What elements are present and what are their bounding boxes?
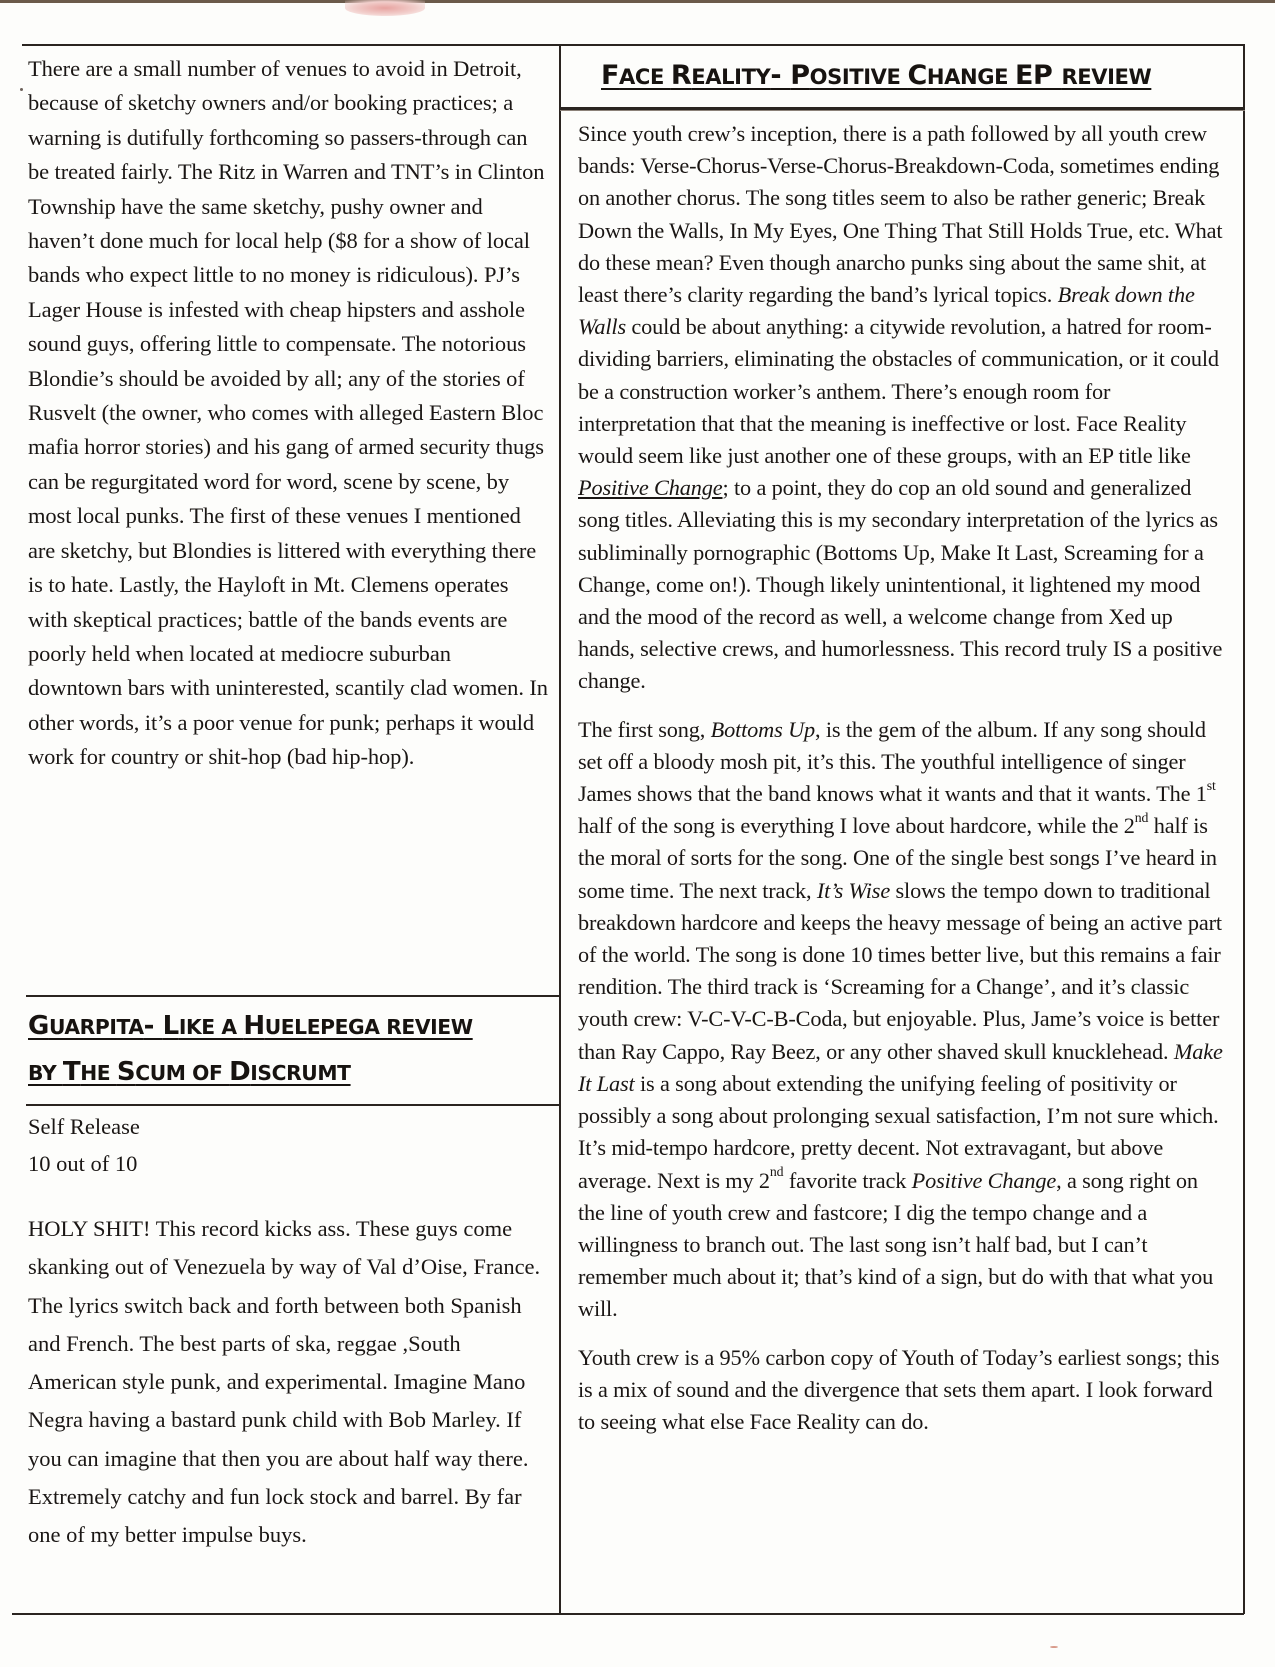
venue-article-paragraph: There are a small number of venues to av…	[28, 52, 548, 775]
review-paragraph-3: Youth crew is a 95% carbon copy of Youth…	[578, 1342, 1228, 1439]
face-reality-review-heading: FACE REALITY- POSITIVE CHANGE EP REVIEW	[601, 56, 1151, 97]
section-divider-bottom	[26, 1104, 559, 1106]
guarpita-review-meta: Self Release 10 out of 10	[28, 1108, 548, 1182]
scan-speck	[1050, 1646, 1058, 1648]
guarpita-review-body: HOLY SHIT! This record kicks ass. These …	[28, 1210, 543, 1555]
song-title: It’s Wise	[817, 878, 890, 903]
right-heading-rule	[560, 107, 1245, 111]
scan-speck	[20, 88, 23, 91]
ink-smudge	[345, 0, 425, 16]
guarpita-review-text: HOLY SHIT! This record kicks ass. These …	[28, 1210, 543, 1555]
ep-title: Positive Change	[578, 475, 723, 500]
rating: 10 out of 10	[28, 1145, 548, 1182]
review-paragraph-2: The first song, Bottoms Up, is the gem o…	[578, 714, 1228, 1326]
song-title: Bottoms Up	[711, 717, 815, 742]
release-label: Self Release	[28, 1108, 548, 1145]
column-divider	[559, 44, 561, 1614]
scan-top-edge	[0, 0, 1275, 3]
guarpita-review-heading: GUARPITA- LIKE A HUELEPEGA REVIEW BY THE…	[28, 1004, 558, 1096]
review-paragraph-1: Since youth crew’s inception, there is a…	[578, 118, 1228, 698]
song-title: Positive Change	[912, 1168, 1057, 1193]
section-divider-top	[26, 995, 559, 997]
venue-article: There are a small number of venues to av…	[28, 52, 548, 775]
left-column-top-rule	[22, 44, 559, 46]
page-bottom-rule	[12, 1613, 1244, 1615]
face-reality-review-body: Since youth crew’s inception, there is a…	[578, 118, 1228, 1438]
